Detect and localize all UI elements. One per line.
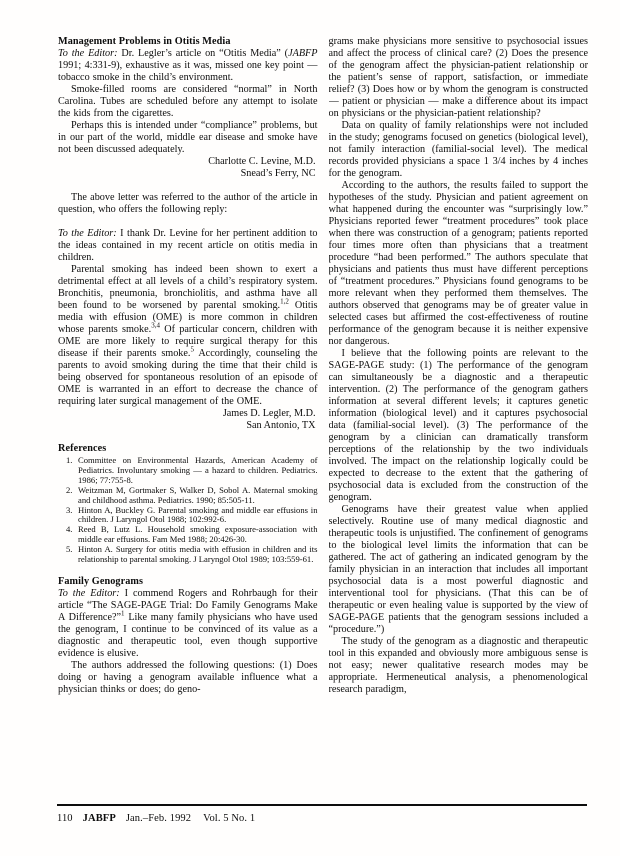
reference-superscript: 3,4 (151, 322, 160, 330)
paragraph-reply-parental-smoking: Parental smoking has indeed been shown t… (58, 264, 318, 408)
paragraph-questions-continued: grams make physicians more sensitive to … (329, 36, 589, 120)
references-list: 1. Committee on Environmental Hazards, A… (58, 456, 318, 565)
references-heading: References (58, 443, 318, 455)
reference-number: 1. (66, 456, 78, 486)
to-the-editor-leadin: To the Editor: (58, 48, 118, 59)
reference-citation: Reed B, Lutz L. Household smoking exposu… (78, 525, 318, 545)
paragraph-study-conclusion: The study of the genogram as a diagnosti… (329, 636, 589, 696)
signature-location: San Antonio, TX (58, 420, 316, 432)
paragraph-reply-opening: To the Editor: I thank Dr. Levine for he… (58, 228, 318, 264)
paragraph-authors-questions: The authors addressed the following ques… (58, 660, 318, 696)
reference-citation: Weitzman M, Gortmaker S, Walker D, Sobol… (78, 486, 318, 506)
reference-number: 2. (66, 486, 78, 506)
issue-date: Jan.–Feb. 1992 (126, 813, 191, 824)
reference-item: 3. Hinton A, Buckley G. Parental smoking… (58, 506, 318, 526)
signature-name: Charlotte C. Levine, M.D. (58, 156, 316, 168)
journal-abbreviation: JABFP (83, 813, 116, 824)
signature-location: Snead’s Ferry, NC (58, 168, 316, 180)
paragraph-genograms-opening: To the Editor: I commend Rogers and Rohr… (58, 588, 318, 660)
signature-name: James D. Legler, M.D. (58, 408, 316, 420)
signature-block-legler: James D. Legler, M.D. San Antonio, TX (58, 408, 318, 432)
page-number: 110 (57, 813, 73, 824)
reference-item: 1. Committee on Environmental Hazards, A… (58, 456, 318, 486)
to-the-editor-leadin: To the Editor: (58, 588, 120, 599)
paragraph-relevant-points: I believe that the following points are … (329, 348, 589, 504)
paragraph-text: Parental smoking has indeed been shown t… (58, 264, 318, 311)
signature-block-levine: Charlotte C. Levine, M.D. Snead’s Ferry,… (58, 156, 318, 180)
volume-number: Vol. 5 No. 1 (203, 813, 255, 824)
paragraph-results: According to the authors, the results fa… (329, 180, 589, 348)
right-column: grams make physicians more sensitive to … (329, 36, 589, 798)
reference-citation: Hinton A. Surgery for otitis media with … (78, 545, 318, 565)
reference-citation: Committee on Environmental Hazards, Amer… (78, 456, 318, 486)
paragraph-letter1-opening: To the Editor: Dr. Legler’s article on “… (58, 48, 318, 84)
letter-heading-family-genograms: Family Genograms (58, 576, 318, 588)
journal-page: Management Problems in Otitis Media To t… (0, 0, 620, 856)
reference-citation: Hinton A, Buckley G. Parental smoking an… (78, 506, 318, 526)
journal-abbrev-italic: JABFP (288, 48, 317, 59)
paragraph-letter1-smoke-rooms: Smoke-filled rooms are considered “norma… (58, 84, 318, 120)
reference-number: 4. (66, 525, 78, 545)
paragraph-data-quality: Data on quality of family relationships … (329, 120, 589, 180)
paragraph-greatest-value: Genograms have their greatest value when… (329, 504, 589, 636)
footer-text: 110JABFPJan.–Feb. 1992Vol. 5 No. 1 (57, 813, 587, 824)
reference-number: 3. (66, 506, 78, 526)
two-column-text-area: Management Problems in Otitis Media To t… (58, 36, 588, 798)
paragraph-letter1-compliance: Perhaps this is intended under “complian… (58, 120, 318, 156)
reference-item: 5. Hinton A. Surgery for otitis media wi… (58, 545, 318, 565)
to-the-editor-leadin: To the Editor: (58, 228, 117, 239)
paragraph-text: Dr. Legler’s article on “Otitis Media” ( (118, 48, 289, 59)
reference-item: 2. Weitzman M, Gortmaker S, Walker D, So… (58, 486, 318, 506)
paragraph-text: 1991; 4:331-9), exhaustive as it was, mi… (58, 60, 318, 83)
paragraph-editor-referral-note: The above letter was referred to the aut… (58, 192, 318, 216)
letter-heading-otitis-media: Management Problems in Otitis Media (58, 36, 318, 48)
reference-number: 5. (66, 545, 78, 565)
footer-rule (57, 804, 587, 806)
reference-superscript: 1,2 (280, 298, 289, 306)
left-column: Management Problems in Otitis Media To t… (58, 36, 318, 798)
reference-item: 4. Reed B, Lutz L. Household smoking exp… (58, 525, 318, 545)
page-footer: 110JABFPJan.–Feb. 1992Vol. 5 No. 1 (57, 804, 587, 824)
